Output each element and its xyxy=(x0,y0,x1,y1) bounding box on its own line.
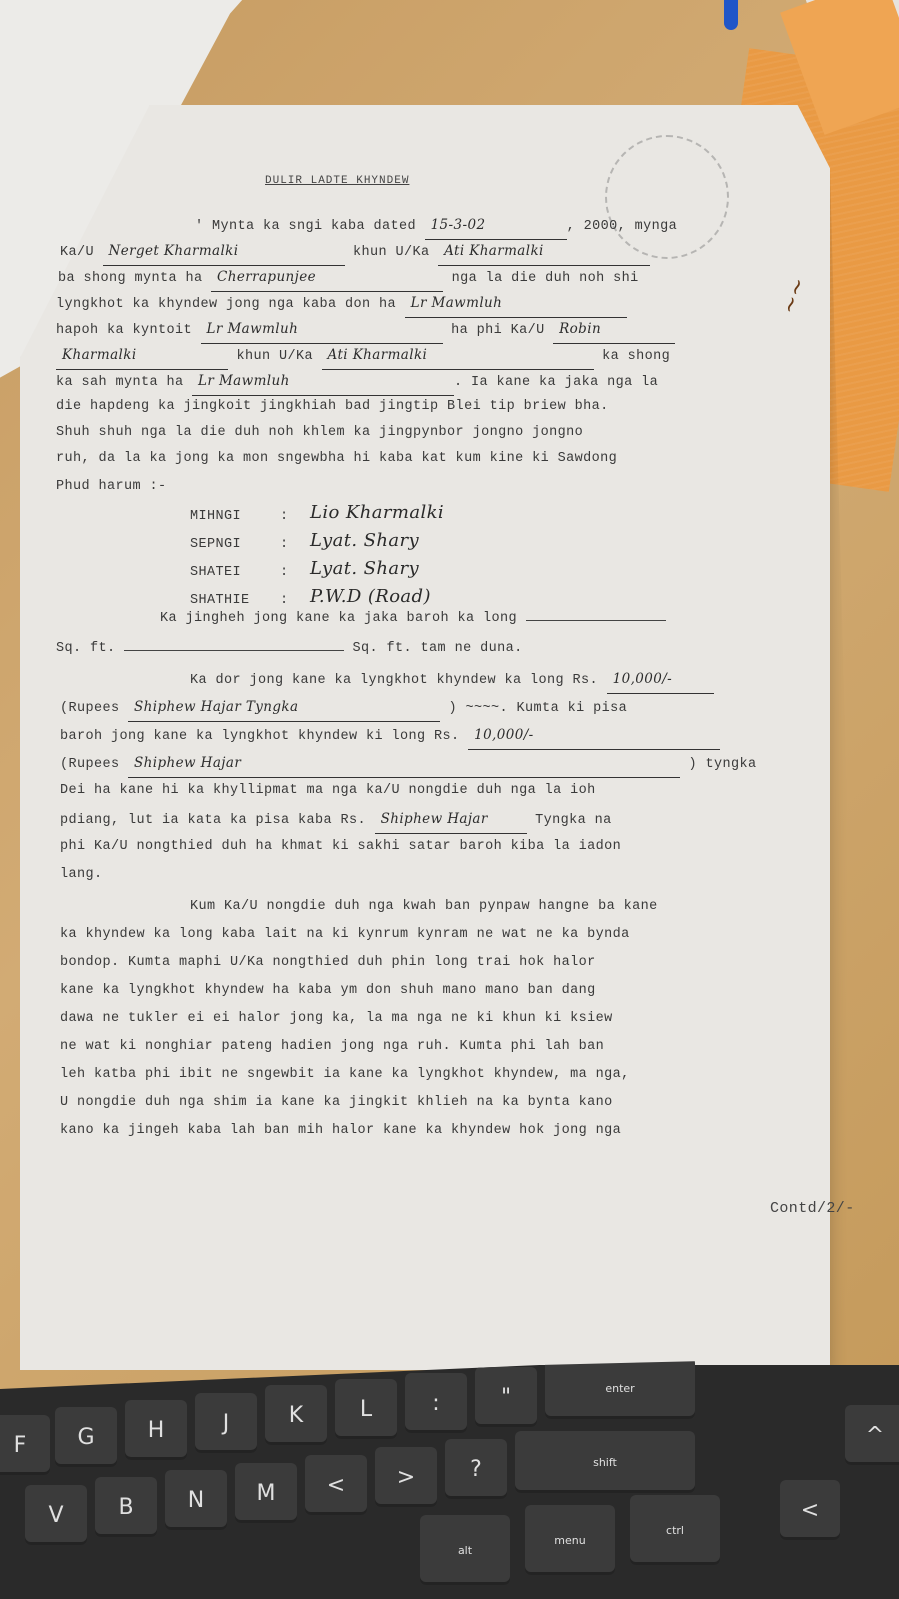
key-ctrl[interactable]: ctrl xyxy=(630,1495,720,1565)
key-menu[interactable]: menu xyxy=(525,1505,615,1575)
key-m[interactable]: M xyxy=(235,1463,297,1523)
text-line: kano ka jingeh kaba lah ban mih halor ka… xyxy=(60,1117,621,1145)
text-line: die hapdeng ka jingkoit jingkhiah bad ji… xyxy=(56,393,609,421)
text-line: Kum Ka/U nongdie duh nga kwah ban pynpaw… xyxy=(190,893,658,921)
paid-line: baroh jong kane ka lyngkhot khyndew ki l… xyxy=(60,721,720,751)
buyer-parent-field: Ati Kharmalki xyxy=(322,341,594,370)
paid-words-field: Shiphew Hajar xyxy=(128,749,680,778)
document-title: DULIR LADTE KHYNDEW xyxy=(265,167,409,195)
text-line: lang. xyxy=(60,861,103,889)
key-enter[interactable]: enter xyxy=(545,1357,695,1419)
key-f[interactable]: F xyxy=(0,1415,50,1475)
key-slash[interactable]: ? xyxy=(445,1439,507,1499)
text-line: Shuh shuh nga la die duh noh khlem ka ji… xyxy=(56,419,583,447)
key-k[interactable]: K xyxy=(265,1385,327,1445)
key-arrow-left[interactable]: < xyxy=(780,1480,840,1540)
text-line: leh katba phi ibit ne sngewbit ia kane k… xyxy=(60,1061,630,1089)
text-line: U nongdie duh nga shim ia kane ka jingki… xyxy=(60,1089,613,1117)
price-field: 10,000/- xyxy=(607,665,714,694)
text-line: ruh, da la ka jong ka mon sngewbha hi ka… xyxy=(56,445,617,473)
text-line: kane ka lyngkhot khyndew ha kaba ym don … xyxy=(60,977,596,1005)
key-n[interactable]: N xyxy=(165,1470,227,1530)
text-line: ne wat ki nonghiar pateng hadien jong ng… xyxy=(60,1033,604,1061)
boundary-label: MIHNGI xyxy=(190,503,290,531)
received-amount-field: Shiphew Hajar xyxy=(375,805,527,834)
text-line: ka khyndew ka long kaba lait na ki kynru… xyxy=(60,921,630,949)
price-line: Ka dor jong kane ka lyngkhot khyndew ka … xyxy=(190,665,714,695)
key-alt[interactable]: alt xyxy=(420,1515,510,1585)
date-field: 15-3-02 xyxy=(425,211,567,240)
key-period[interactable]: > xyxy=(375,1447,437,1507)
key-g[interactable]: G xyxy=(55,1407,117,1467)
boundary-separator: : xyxy=(280,531,289,559)
boundary-label: SEPNGI xyxy=(190,531,290,559)
received-amount-line: pdiang, lut ia kata ka pisa kaba Rs. Shi… xyxy=(60,805,612,835)
boundary-value: Lio Kharmalki xyxy=(310,499,444,527)
key-j[interactable]: J xyxy=(195,1393,257,1453)
area-line: Ka jingheh jong kane ka jaka baroh ka lo… xyxy=(160,605,666,633)
pen xyxy=(724,0,738,30)
boundary-value: Lyat. Shary xyxy=(310,527,419,555)
area-line-2: Sq. ft. Sq. ft. tam ne duna. xyxy=(56,635,523,663)
key-comma[interactable]: < xyxy=(305,1455,367,1515)
keyboard: F G H J K L : " enter V B N M < > ? shif… xyxy=(0,1365,899,1599)
text-line: Phud harum :- xyxy=(56,473,167,501)
key-l[interactable]: L xyxy=(335,1379,397,1439)
boundary-separator: : xyxy=(280,503,289,531)
area-blank xyxy=(526,620,666,621)
seller-residence-field: Cherrapunjee xyxy=(211,263,443,292)
text-line: dawa ne tukler ei ei halor jong ka, la m… xyxy=(60,1005,613,1033)
paid-words-line: (Rupees Shiphew Hajar ) tyngka xyxy=(60,749,757,779)
text-line: bondop. Kumta maphi U/Ka nongthied duh p… xyxy=(60,949,596,977)
boundary-separator: : xyxy=(280,559,289,587)
boundary-label: SHATEI xyxy=(190,559,290,587)
key-semicolon[interactable]: : xyxy=(405,1373,467,1433)
buyer-first-name-field: Robin xyxy=(553,315,675,344)
key-shift[interactable]: shift xyxy=(515,1431,695,1493)
key-b[interactable]: B xyxy=(95,1477,157,1537)
key-v[interactable]: V xyxy=(25,1485,87,1545)
text-line: phi Ka/U nongthied duh ha khmat ki sakhi… xyxy=(60,833,621,861)
land-location-field: Lr Mawmluh xyxy=(405,289,627,318)
key-arrow-up[interactable]: ^ xyxy=(845,1405,899,1465)
price-words-field: Shiphew Hajar Tyngka xyxy=(128,693,440,722)
sqft-blank xyxy=(124,650,344,651)
seller-name-field: Nerget Kharmalki xyxy=(103,237,345,266)
buyer-last-name-field: Kharmalki xyxy=(56,341,228,370)
kyntoit-field: Lr Mawmluh xyxy=(201,315,443,344)
price-words-line: (Rupees Shiphew Hajar Tyngka ) ~~~~. Kum… xyxy=(60,693,627,723)
continued-marker: Contd/2/- xyxy=(770,1195,855,1223)
text-line: Dei ha kane hi ka khyllipmat ma nga ka/U… xyxy=(60,777,596,805)
document-text: DULIR LADTE KHYNDEW ' Mynta ka sngi kaba… xyxy=(50,105,880,1305)
seller-parent-field: Ati Kharmalki xyxy=(438,237,650,266)
paid-amount-field: 10,000/- xyxy=(468,721,720,750)
key-quote[interactable]: " xyxy=(475,1367,537,1427)
key-h[interactable]: H xyxy=(125,1400,187,1460)
boundary-value: Lyat. Shary xyxy=(310,555,419,583)
buyer-residence-field: Lr Mawmluh xyxy=(192,367,454,396)
